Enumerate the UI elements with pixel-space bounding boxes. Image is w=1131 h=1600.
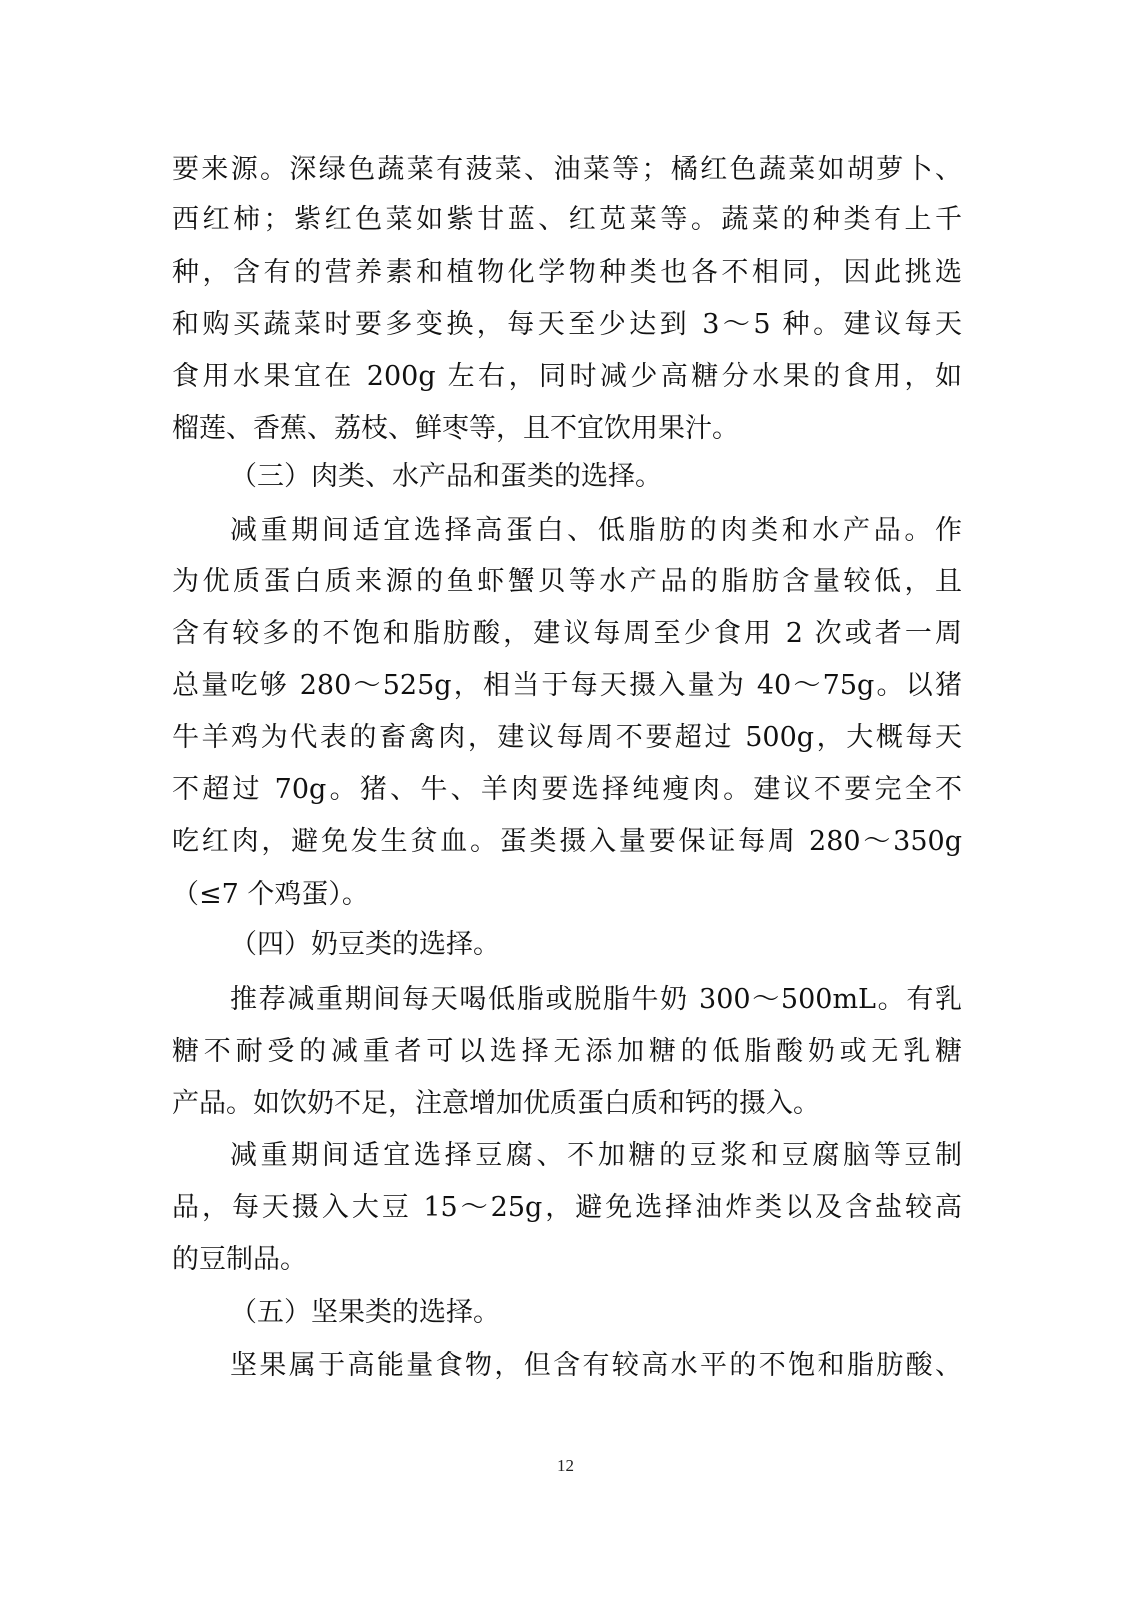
section-heading-dairy-beans: （四）奶豆类的选择。 xyxy=(230,925,500,965)
document-page: 要来源。深绿色蔬菜有菠菜、油菜等；橘红色蔬菜如胡萝卜、 西红柿；紫红色菜如紫甘蓝… xyxy=(0,0,1131,1600)
body-line: 总量吃够 280～525g，相当于每天摄入量为 40～75g。以猪 xyxy=(172,666,962,706)
paragraph-first-line: 坚果属于高能量食物，但含有较高水平的不饱和脂肪酸、 xyxy=(230,1346,962,1386)
paragraph-first-line: 减重期间适宜选择高蛋白、低脂肪的肉类和水产品。作 xyxy=(230,511,962,551)
page-number: 12 xyxy=(0,1456,1131,1476)
body-line: 吃红肉，避免发生贫血。蛋类摄入量要保证每周 280～350g xyxy=(172,822,962,862)
section-heading-meat-seafood-eggs: （三）肉类、水产品和蛋类的选择。 xyxy=(230,457,662,497)
body-line: 要来源。深绿色蔬菜有菠菜、油菜等；橘红色蔬菜如胡萝卜、 xyxy=(172,150,962,190)
body-line: 产品。如饮奶不足，注意增加优质蛋白质和钙的摄入。 xyxy=(172,1084,962,1124)
paragraph-first-line: 推荐减重期间每天喝低脂或脱脂牛奶 300～500mL。有乳 xyxy=(230,980,962,1020)
section-heading-nuts: （五）坚果类的选择。 xyxy=(230,1293,500,1333)
body-line: 西红柿；紫红色菜如紫甘蓝、红苋菜等。蔬菜的种类有上千 xyxy=(172,200,962,240)
body-line: （≤7 个鸡蛋）。 xyxy=(172,875,962,915)
body-line: 的豆制品。 xyxy=(172,1240,962,1280)
body-line: 含有较多的不饱和脂肪酸，建议每周至少食用 2 次或者一周 xyxy=(172,614,962,654)
paragraph-first-line: 减重期间适宜选择豆腐、不加糖的豆浆和豆腐脑等豆制 xyxy=(230,1136,962,1176)
body-line: 榴莲、香蕉、荔枝、鲜枣等，且不宜饮用果汁。 xyxy=(172,409,962,449)
body-line: 糖不耐受的减重者可以选择无添加糖的低脂酸奶或无乳糖 xyxy=(172,1032,962,1072)
body-line: 种，含有的营养素和植物化学物种类也各不相同，因此挑选 xyxy=(172,253,962,293)
body-line: 牛羊鸡为代表的畜禽肉，建议每周不要超过 500g，大概每天 xyxy=(172,718,962,758)
body-line: 为优质蛋白质来源的鱼虾蟹贝等水产品的脂肪含量较低，且 xyxy=(172,562,962,602)
body-line: 品，每天摄入大豆 15～25g，避免选择油炸类以及含盐较高 xyxy=(172,1188,962,1228)
body-line: 食用水果宜在 200g 左右，同时减少高糖分水果的食用，如 xyxy=(172,357,962,397)
body-line: 和购买蔬菜时要多变换，每天至少达到 3～5 种。建议每天 xyxy=(172,305,962,345)
body-line: 不超过 70g。猪、牛、羊肉要选择纯瘦肉。建议不要完全不 xyxy=(172,770,962,810)
